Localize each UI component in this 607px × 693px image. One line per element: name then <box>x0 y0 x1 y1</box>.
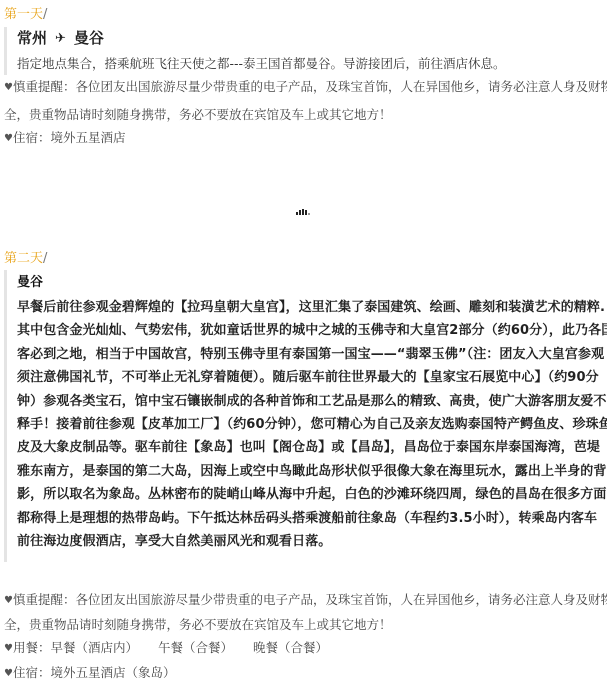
day2-meals: ♥用餐：早餐（酒店内）午餐（合餐）晚餐（合餐） <box>4 636 604 661</box>
day2-reminder: ♥慎重提醒：各位团友出国旅游尽量少带贵重的电子产品，及珠宝首饰，人在异国他乡，请… <box>4 588 604 637</box>
day1-route: 常州✈曼谷 <box>17 27 506 49</box>
day1-accommodation-text: 住宿：境外五星酒店 <box>13 130 126 145</box>
day2-reminder-line2: 全，贵重物品请时刻随身携带，务必不要放在宾馆及车上或其它地方！ <box>4 613 604 637</box>
day1-slash: / <box>43 7 47 22</box>
body-line: 其中包含金光灿灿、气势宏伟，犹如童话世界的城中之城的玉佛寺和大皇宫2部分（约60… <box>17 319 607 342</box>
heart-icon: ♥ <box>4 643 13 654</box>
day1-reminder-line2: 全，贵重物品请时刻随身携带，务必不要放在宾馆及车上或其它地方！ <box>4 103 604 127</box>
day2-block: 曼谷 早餐后前往参观金碧辉煌的【拉玛皇朝大皇宫】，这里汇集了泰国建筑、绘画、雕刻… <box>4 270 607 562</box>
day2-header: 第二天/ <box>4 250 47 268</box>
body-line: 皮及大象皮制品等。驱车前往【象岛】也叫【阁仓岛】或【昌岛】，昌岛位于泰国东岸泰国… <box>17 436 607 459</box>
day2-accommodation-text: 住宿：境外五星酒店（象岛） <box>13 665 176 680</box>
day2-body: 早餐后前往参观金碧辉煌的【拉玛皇朝大皇宫】，这里汇集了泰国建筑、绘画、雕刻和装潢… <box>17 296 607 553</box>
meal-lunch: 午餐（合餐） <box>158 640 233 655</box>
body-line: 前往海边度假酒店，享受大自然美丽风光和观看日落。 <box>17 530 607 553</box>
heart-icon: ♥ <box>4 82 13 93</box>
route-from: 常州 <box>17 29 47 47</box>
day1-block: 常州✈曼谷 指定地点集合，搭乘航班飞往天使之都---泰王国首都曼谷。导游接团后，… <box>4 27 506 75</box>
body-line: 钟）参观各类宝石，馆中宝石镶嵌制成的各种首饰和工艺品是那么的精致、高贵，使广大游… <box>17 390 607 413</box>
day1-accommodation: ♥住宿：境外五星酒店 <box>4 126 604 151</box>
heart-icon: ♥ <box>4 595 13 606</box>
body-line: 影，所以取名为象岛。丛林密布的陡峭山峰从海中升起，白色的沙滩环绕四周，绿色的昌岛… <box>17 483 607 506</box>
heart-icon: ♥ <box>4 668 13 679</box>
day1-reminder-line1: ♥慎重提醒：各位团友出国旅游尽量少带贵重的电子产品，及珠宝首饰，人在异国他乡，请… <box>4 75 604 100</box>
heart-icon: ♥ <box>4 133 13 144</box>
day2-reminder-line1: ♥慎重提醒：各位团友出国旅游尽量少带贵重的电子产品，及珠宝首饰，人在异国他乡，请… <box>4 588 604 613</box>
day1-label: 第一天 <box>4 7 43 22</box>
day1-header: 第一天/ <box>4 6 47 24</box>
body-line: 早餐后前往参观金碧辉煌的【拉玛皇朝大皇宫】，这里汇集了泰国建筑、绘画、雕刻和装潢… <box>17 296 607 319</box>
loading-bars-icon <box>296 209 310 215</box>
airplane-icon: ✈ <box>55 28 66 50</box>
day1-description: 指定地点集合，搭乘航班飞往天使之都---泰王国首都曼谷。导游接团后，前往酒店休息… <box>17 53 506 75</box>
day2-slash: / <box>43 251 47 266</box>
day2-city: 曼谷 <box>17 270 607 293</box>
body-line: 雅东南方，是泰国的第二大岛，因海上或空中鸟瞰此岛形状似乎很像大象在海里玩水，露出… <box>17 460 607 483</box>
meal-dinner: 晚餐（合餐） <box>253 640 328 655</box>
body-line: 释手！接着前往参观【皮革加工厂】（约60分钟），您可精心为自己及亲友选购泰国特产… <box>17 413 607 436</box>
route-to: 曼谷 <box>74 29 104 47</box>
meals-label: 用餐： <box>13 640 51 655</box>
meal-breakfast: 早餐（酒店内） <box>50 640 138 655</box>
day2-accommodation: ♥住宿：境外五星酒店（象岛） <box>4 661 604 686</box>
body-line: 须注意佛国礼节，不可举止无礼穿着随便）。随后驱车前往世界最大的【皇家宝石展览中心… <box>17 366 607 389</box>
day1-reminder: ♥慎重提醒：各位团友出国旅游尽量少带贵重的电子产品，及珠宝首饰，人在异国他乡，请… <box>4 75 604 127</box>
day2-label: 第二天 <box>4 251 43 266</box>
body-line: 都称得上是理想的热带岛屿。下午抵达林岳码头搭乘渡船前往象岛（车程约3.5小时），… <box>17 507 607 530</box>
body-line: 客必到之地，相当于中国故宫，特别玉佛寺里有泰国第一国宝——“翡翠玉佛”（注：团友… <box>17 343 607 366</box>
